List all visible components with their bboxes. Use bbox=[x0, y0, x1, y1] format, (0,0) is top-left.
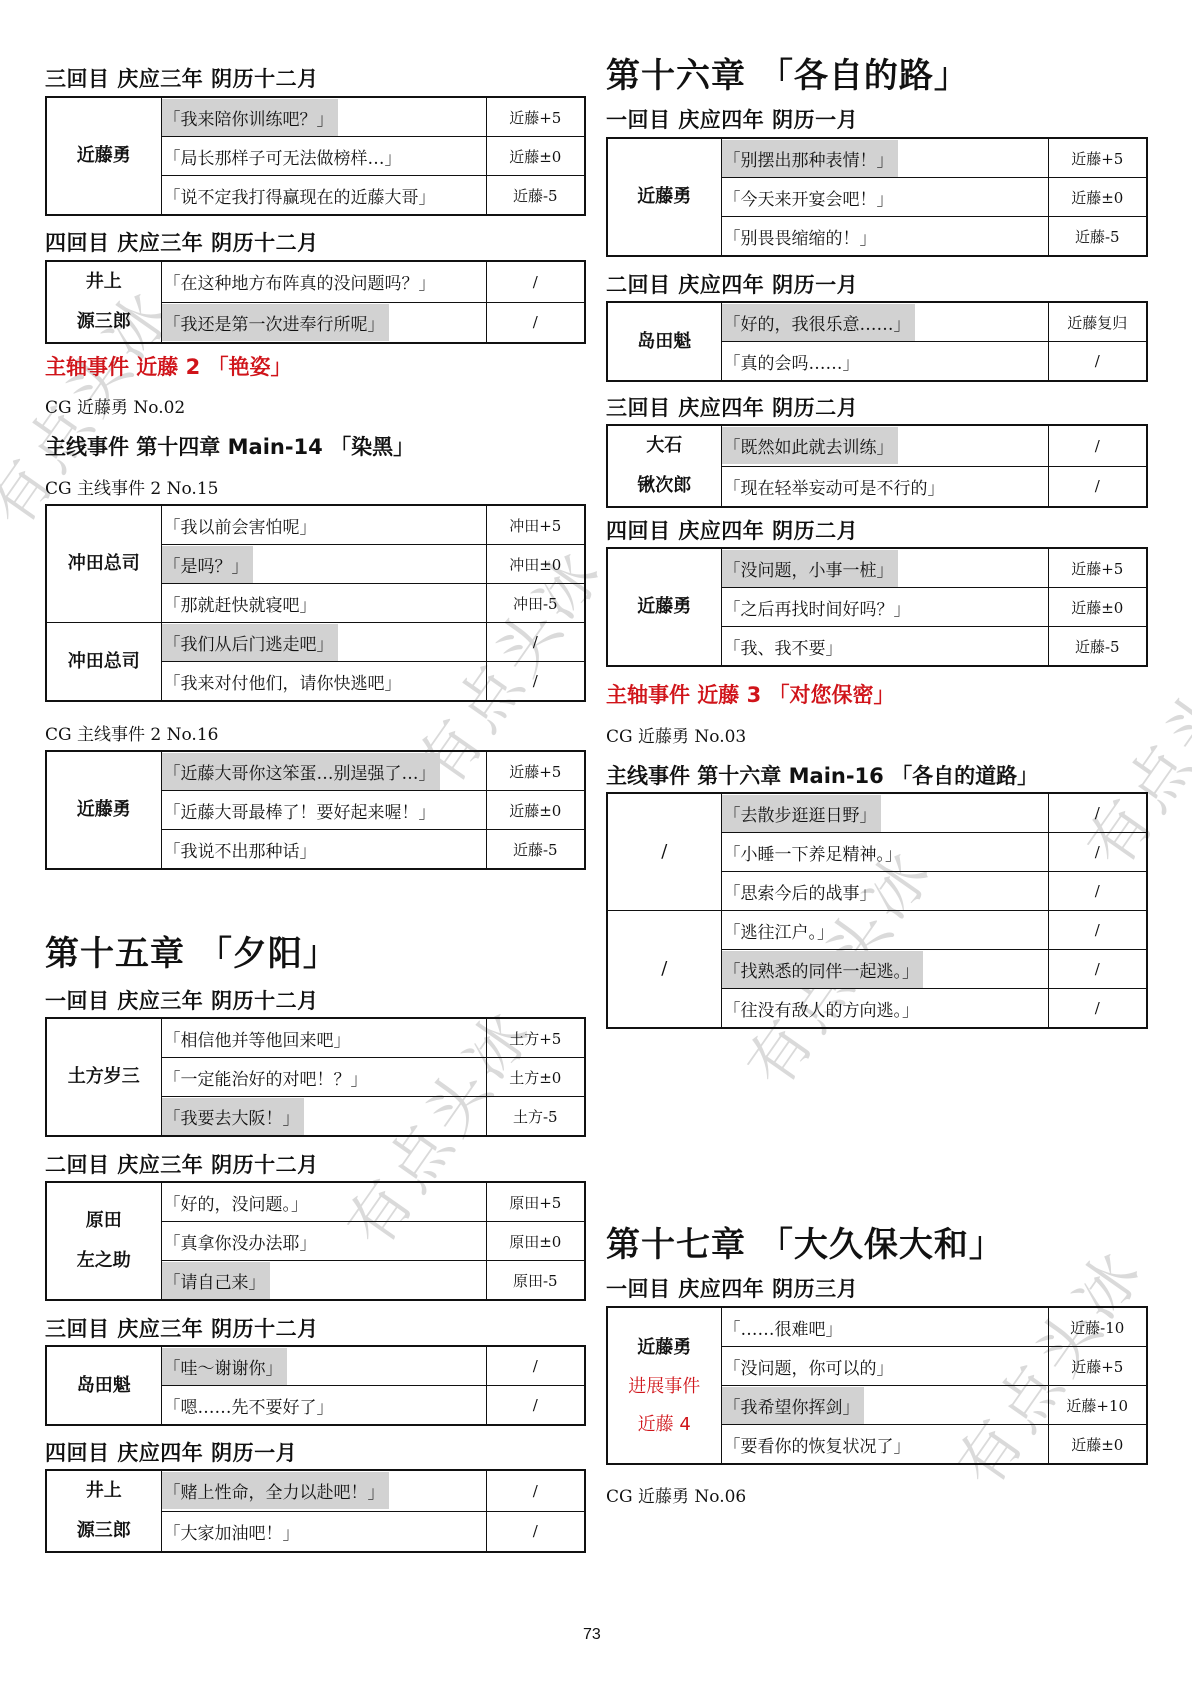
dialog-option: 「相信他并等他回来吧」 bbox=[161, 1018, 486, 1058]
dialog-option: 「现在轻举妄动可是不行的」 bbox=[721, 466, 1048, 507]
dialog-option: 「我们从后门逃走吧」 bbox=[161, 623, 486, 662]
table-row: 井上源三郎 「赌上性命，全力以赴吧！」 / bbox=[46, 1470, 585, 1511]
dialog-option: 「我要去大阪！」 bbox=[161, 1097, 486, 1137]
affinity-value: 近藤+5 bbox=[486, 751, 585, 791]
affinity-value: 原田+5 bbox=[486, 1182, 585, 1222]
round-heading: 二回目 庆应三年 阴历十二月 bbox=[45, 1152, 586, 1178]
affinity-value: 近藤-5 bbox=[486, 830, 585, 870]
round-heading: 四回目 庆应三年 阴历十二月 bbox=[45, 230, 586, 256]
affinity-value: / bbox=[1048, 950, 1147, 989]
dialog-option: 「真拿你没办法耶」 bbox=[161, 1222, 486, 1261]
cg-label: CG 主线事件 2 No.16 bbox=[45, 724, 586, 746]
choice-table: 近藤勇 进展事件 近藤 4 「……很难吧」 近藤-10 「没问题，你可以的」 近… bbox=[606, 1306, 1148, 1465]
dialog-option: 「赌上性命，全力以赴吧！」 bbox=[161, 1470, 486, 1511]
table-row: 大石锹次郎 「既然如此就去训练」 / bbox=[607, 425, 1147, 466]
affinity-value: 冲田±0 bbox=[486, 545, 585, 584]
dialog-option: 「我来对付他们，请你快逃吧」 bbox=[161, 662, 486, 702]
affinity-value: / bbox=[1048, 911, 1147, 950]
table-row: 近藤勇 「别摆出那种表情！」 近藤+5 bbox=[607, 138, 1147, 178]
speaker-name: 近藤勇 bbox=[46, 97, 161, 215]
cg-label: CG 主线事件 2 No.15 bbox=[45, 478, 586, 500]
dialog-option: 「要看你的恢复状况了」 bbox=[721, 1425, 1048, 1465]
table-row: 冲田总司 「我们从后门逃走吧」 / bbox=[46, 623, 585, 662]
table-row: 近藤勇 进展事件 近藤 4 「……很难吧」 近藤-10 bbox=[607, 1307, 1147, 1347]
speaker-name: 大石锹次郎 bbox=[607, 425, 721, 507]
dialog-option: 「我希望你挥剑」 bbox=[721, 1386, 1048, 1425]
dialog-option: 「我以前会害怕呢」 bbox=[161, 505, 486, 545]
affinity-value: 近藤+5 bbox=[1048, 548, 1147, 588]
main-story-event-heading: 主线事件 第十六章 Main-16 「各自的道路」 bbox=[606, 763, 1148, 789]
affinity-value: 近藤+5 bbox=[486, 97, 585, 137]
dialog-option: 「哇～谢谢你」 bbox=[161, 1346, 486, 1386]
dialog-option: 「今天来开宴会吧！」 bbox=[721, 178, 1048, 217]
speaker-name: 近藤勇 bbox=[607, 548, 721, 666]
table-row: 近藤勇 「近藤大哥你这笨蛋…别逞强了…」 近藤+5 bbox=[46, 751, 585, 791]
table-row: 岛田魁 「哇～谢谢你」 / bbox=[46, 1346, 585, 1386]
dialog-option: 「嗯……先不要好了」 bbox=[161, 1386, 486, 1426]
choice-table: 大石锹次郎 「既然如此就去训练」 / 「现在轻举妄动可是不行的」 / bbox=[606, 424, 1148, 508]
affinity-value: 近藤+5 bbox=[1048, 138, 1147, 178]
main-axis-event-heading: 主轴事件 近藤 3 「对您保密」 bbox=[606, 682, 1148, 708]
affinity-value: / bbox=[1048, 425, 1147, 466]
dialog-option: 「在这种地方布阵真的没问题吗？」 bbox=[161, 261, 486, 302]
round-heading: 一回目 庆应三年 阴历十二月 bbox=[45, 988, 586, 1014]
affinity-value: 近藤±0 bbox=[1048, 1425, 1147, 1465]
dialog-option: 「我、我不要」 bbox=[721, 627, 1048, 667]
affinity-value: / bbox=[486, 1511, 585, 1552]
choice-table: 井上源三郎 「赌上性命，全力以赴吧！」 / 「大家加油吧！」 / bbox=[45, 1469, 586, 1553]
affinity-value: / bbox=[1048, 872, 1147, 911]
speaker-name: 土方岁三 bbox=[46, 1018, 161, 1136]
dialog-option: 「没问题，你可以的」 bbox=[721, 1347, 1048, 1386]
affinity-value: 近藤-10 bbox=[1048, 1307, 1147, 1347]
dialog-option: 「真的会吗……」 bbox=[721, 342, 1048, 382]
affinity-value: / bbox=[1048, 342, 1147, 382]
speaker-name: / bbox=[607, 911, 721, 1029]
affinity-value: 冲田+5 bbox=[486, 505, 585, 545]
dialog-option: 「好的，我很乐意……」 bbox=[721, 302, 1048, 342]
speaker-name: 冲田总司 bbox=[46, 505, 161, 623]
affinity-value: 土方-5 bbox=[486, 1097, 585, 1137]
table-row: 岛田魁 「好的，我很乐意……」 近藤复归 bbox=[607, 302, 1147, 342]
choice-table: 冲田总司 「我以前会害怕呢」 冲田+5 「是吗？」 冲田±0 「那就赶快就寝吧」… bbox=[45, 504, 586, 702]
affinity-value: / bbox=[486, 1470, 585, 1511]
table-row: 近藤勇 「我来陪你训练吧？」 近藤+5 bbox=[46, 97, 585, 137]
dialog-option: 「逃往江户。」 bbox=[721, 911, 1048, 950]
affinity-value: 原田-5 bbox=[486, 1261, 585, 1301]
dialog-option: 「近藤大哥最棒了！要好起来喔！」 bbox=[161, 791, 486, 830]
dialog-option: 「一定能治好的对吧！？」 bbox=[161, 1058, 486, 1097]
progress-event-label: 进展事件 bbox=[608, 1368, 721, 1406]
dialog-option: 「小睡一下养足精神。」 bbox=[721, 833, 1048, 872]
speaker-name: 岛田魁 bbox=[46, 1346, 161, 1425]
table-row: 原田左之助 「好的，没问题。」 原田+5 bbox=[46, 1182, 585, 1222]
speaker-name: 井上源三郎 bbox=[46, 1470, 161, 1552]
cg-label: CG 近藤勇 No.03 bbox=[606, 726, 1148, 748]
affinity-value: 近藤复归 bbox=[1048, 302, 1147, 342]
table-row: 冲田总司 「我以前会害怕呢」 冲田+5 bbox=[46, 505, 585, 545]
choice-table: 岛田魁 「哇～谢谢你」 / 「嗯……先不要好了」 / bbox=[45, 1345, 586, 1426]
dialog-option: 「……很难吧」 bbox=[721, 1307, 1048, 1347]
affinity-value: / bbox=[486, 662, 585, 702]
choice-table: 近藤勇 「近藤大哥你这笨蛋…别逞强了…」 近藤+5 「近藤大哥最棒了！要好起来喔… bbox=[45, 750, 586, 870]
round-heading: 三回目 庆应四年 阴历二月 bbox=[606, 395, 1148, 421]
affinity-value: 近藤-5 bbox=[486, 176, 585, 216]
cg-label: CG 近藤勇 No.06 bbox=[606, 1486, 1148, 1508]
dialog-option: 「没问题，小事一桩」 bbox=[721, 548, 1048, 588]
main-axis-event-heading: 主轴事件 近藤 2 「艳姿」 bbox=[45, 354, 586, 380]
table-row: / 「去散步逛逛日野」 / bbox=[607, 793, 1147, 833]
choice-table: 原田左之助 「好的，没问题。」 原田+5 「真拿你没办法耶」 原田±0 「请自己… bbox=[45, 1181, 586, 1301]
affinity-value: 近藤±0 bbox=[1048, 178, 1147, 217]
round-heading: 二回目 庆应四年 阴历一月 bbox=[606, 272, 1148, 298]
affinity-value: / bbox=[1048, 833, 1147, 872]
affinity-value: / bbox=[486, 1386, 585, 1426]
round-heading: 一回目 庆应四年 阴历一月 bbox=[606, 107, 1148, 133]
dialog-option: 「之后再找时间好吗？」 bbox=[721, 588, 1048, 627]
chapter-title: 第十六章 「各自的路」 bbox=[606, 56, 1148, 96]
dialog-option: 「说不定我打得赢现在的近藤大哥」 bbox=[161, 176, 486, 216]
speaker-name: / bbox=[607, 793, 721, 911]
affinity-value: 近藤+5 bbox=[1048, 1347, 1147, 1386]
round-heading: 四回目 庆应四年 阴历二月 bbox=[606, 518, 1148, 544]
cg-label: CG 近藤勇 No.02 bbox=[45, 397, 586, 419]
affinity-value: / bbox=[486, 623, 585, 662]
choice-table: 岛田魁 「好的，我很乐意……」 近藤复归 「真的会吗……」 / bbox=[606, 301, 1148, 382]
affinity-value: / bbox=[1048, 466, 1147, 507]
chapter-title: 第十五章 「夕阳」 bbox=[45, 934, 586, 974]
affinity-value: 近藤-5 bbox=[1048, 627, 1147, 667]
dialog-option: 「去散步逛逛日野」 bbox=[721, 793, 1048, 833]
affinity-value: 土方+5 bbox=[486, 1018, 585, 1058]
chapter-title: 第十七章 「大久保大和」 bbox=[606, 1225, 1148, 1265]
table-row: 井上源三郎 「在这种地方布阵真的没问题吗？」 / bbox=[46, 261, 585, 302]
affinity-value: 土方±0 bbox=[486, 1058, 585, 1097]
affinity-value: 近藤-5 bbox=[1048, 217, 1147, 257]
speaker-name: 井上源三郎 bbox=[46, 261, 161, 343]
affinity-value: 近藤±0 bbox=[486, 137, 585, 176]
speaker-name: 近藤勇 bbox=[46, 751, 161, 869]
affinity-value: 冲田-5 bbox=[486, 584, 585, 623]
dialog-option: 「往没有敌人的方向逃。」 bbox=[721, 989, 1048, 1029]
speaker-name: 岛田魁 bbox=[607, 302, 721, 381]
progress-event-number: 近藤 4 bbox=[608, 1406, 721, 1444]
dialog-option: 「别畏畏缩缩的！」 bbox=[721, 217, 1048, 257]
dialog-option: 「请自己来」 bbox=[161, 1261, 486, 1301]
dialog-option: 「我还是第一次进奉行所呢」 bbox=[161, 302, 486, 343]
page-number: 73 bbox=[583, 1626, 601, 1644]
choice-table: 近藤勇 「别摆出那种表情！」 近藤+5 「今天来开宴会吧！」 近藤±0 「别畏畏… bbox=[606, 137, 1148, 257]
dialog-option: 「找熟悉的同伴一起逃。」 bbox=[721, 950, 1048, 989]
affinity-value: / bbox=[486, 302, 585, 343]
table-row: 近藤勇 「没问题，小事一桩」 近藤+5 bbox=[607, 548, 1147, 588]
round-heading: 四回目 庆应四年 阴历一月 bbox=[45, 1440, 586, 1466]
speaker-name: 近藤勇 进展事件 近藤 4 bbox=[607, 1307, 721, 1464]
dialog-option: 「局长那样子可无法做榜样…」 bbox=[161, 137, 486, 176]
choice-table: / 「去散步逛逛日野」 / 「小睡一下养足精神。」 / 「思索今后的战事」 / … bbox=[606, 792, 1148, 1029]
choice-table: 近藤勇 「没问题，小事一桩」 近藤+5 「之后再找时间好吗？」 近藤±0 「我、… bbox=[606, 547, 1148, 667]
choice-table: 井上源三郎 「在这种地方布阵真的没问题吗？」 / 「我还是第一次进奉行所呢」 / bbox=[45, 260, 586, 344]
affinity-value: 原田±0 bbox=[486, 1222, 585, 1261]
affinity-value: 近藤+10 bbox=[1048, 1386, 1147, 1425]
affinity-value: 近藤±0 bbox=[486, 791, 585, 830]
main-story-event-heading: 主线事件 第十四章 Main-14 「染黑」 bbox=[45, 434, 586, 460]
table-row: / 「逃往江户。」 / bbox=[607, 911, 1147, 950]
choice-table: 土方岁三 「相信他并等他回来吧」 土方+5 「一定能治好的对吧！？」 土方±0 … bbox=[45, 1017, 586, 1137]
dialog-option: 「是吗？」 bbox=[161, 545, 486, 584]
dialog-option: 「近藤大哥你这笨蛋…别逞强了…」 bbox=[161, 751, 486, 791]
speaker-name: 近藤勇 bbox=[607, 138, 721, 256]
table-row: 土方岁三 「相信他并等他回来吧」 土方+5 bbox=[46, 1018, 585, 1058]
dialog-option: 「别摆出那种表情！」 bbox=[721, 138, 1048, 178]
dialog-option: 「既然如此就去训练」 bbox=[721, 425, 1048, 466]
dialog-option: 「我说不出那种话」 bbox=[161, 830, 486, 870]
affinity-value: / bbox=[486, 1346, 585, 1386]
speaker-name: 原田左之助 bbox=[46, 1182, 161, 1300]
dialog-option: 「好的，没问题。」 bbox=[161, 1182, 486, 1222]
affinity-value: 近藤±0 bbox=[1048, 588, 1147, 627]
dialog-option: 「思索今后的战事」 bbox=[721, 872, 1048, 911]
dialog-option: 「那就赶快就寝吧」 bbox=[161, 584, 486, 623]
choice-table: 近藤勇 「我来陪你训练吧？」 近藤+5 「局长那样子可无法做榜样…」 近藤±0 … bbox=[45, 96, 586, 216]
dialog-option: 「我来陪你训练吧？」 bbox=[161, 97, 486, 137]
dialog-option: 「大家加油吧！」 bbox=[161, 1511, 486, 1552]
affinity-value: / bbox=[486, 261, 585, 302]
affinity-value: / bbox=[1048, 989, 1147, 1029]
round-heading: 一回目 庆应四年 阴历三月 bbox=[606, 1276, 1148, 1302]
round-heading: 三回目 庆应三年 阴历十二月 bbox=[45, 66, 586, 92]
round-heading: 三回目 庆应三年 阴历十二月 bbox=[45, 1316, 586, 1342]
speaker-name: 冲田总司 bbox=[46, 623, 161, 702]
affinity-value: / bbox=[1048, 793, 1147, 833]
